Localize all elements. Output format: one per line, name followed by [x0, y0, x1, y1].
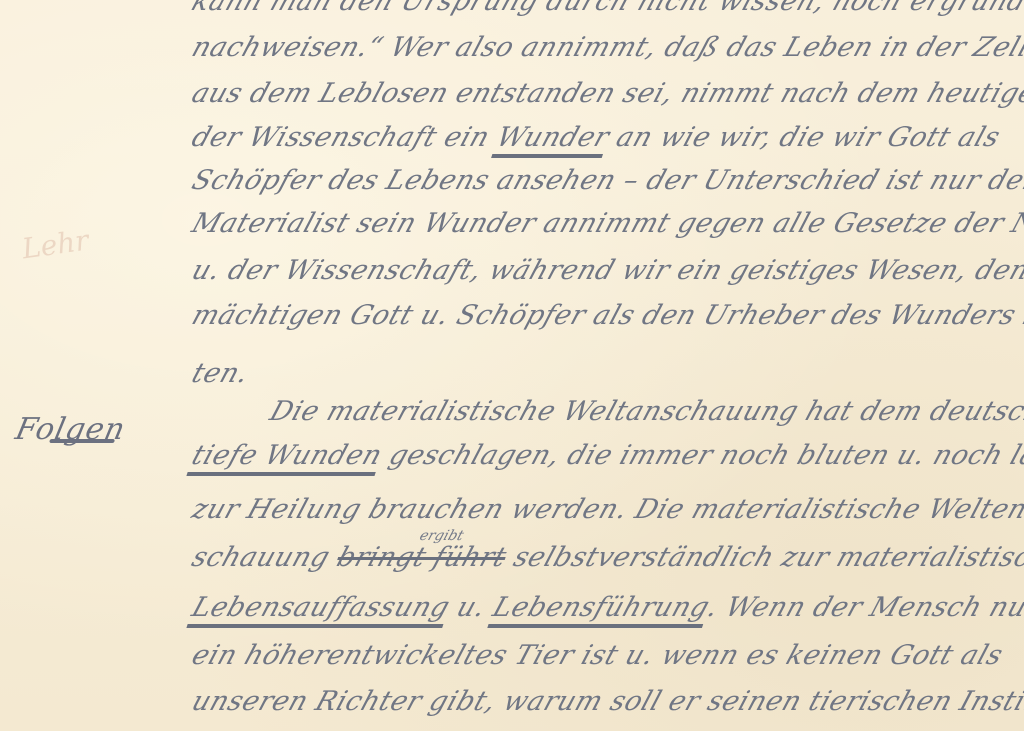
underlined-word: Wunder [493, 122, 614, 153]
struck-through-words: bringt führt [333, 542, 511, 573]
text-segment: an wie wir, die wir Gott als [603, 122, 1004, 153]
text-line-1: kann man den Ursprung durch nicht wissen… [188, 0, 1024, 17]
text-line-16: unseren Richter gibt, warum soll er sein… [188, 686, 1024, 717]
text-segment: . Wenn der Mensch nur [704, 592, 1024, 623]
text-line-14: Lebensauffassung u. Lebensführung. Wenn … [188, 592, 1024, 623]
text-line-12: zur Heilung brauchen werden. Die materia… [188, 494, 1024, 525]
text-line-10-paragraph-start: Die materialistische Weltanschauung hat … [266, 396, 1024, 427]
text-line-6: Materialist sein Wunder annimmt gegen al… [188, 208, 1024, 239]
margin-note-underline [49, 439, 115, 443]
margin-note-folgen: Folgen [12, 412, 129, 447]
underlined-word: Lebensauffassung [188, 592, 454, 623]
text-line-8: mächtigen Gott u. Schöpfer als den Urheb… [188, 300, 1024, 331]
text-line-4: der Wissenschaft ein Wunder an wie wir, … [188, 122, 1004, 153]
text-line-11: tiefe Wunden geschlagen, die immer noch … [188, 440, 1024, 471]
text-line-7: u. der Wissenschaft, während wir ein gei… [188, 255, 1024, 286]
text-line-2: nachweisen.“ Wer also annimmt, daß das L… [188, 32, 1024, 63]
text-line-13: schauung bringt führt selbstverständlich… [188, 542, 1024, 573]
text-segment: der Wissenschaft ein [188, 122, 503, 153]
text-segment: schauung [188, 542, 343, 573]
text-line-3: aus dem Leblosen entstanden sei, nimmt n… [188, 78, 1024, 109]
text-line-9: ten. [188, 358, 253, 389]
text-segment: selbstverständlich zur materialistischen [500, 542, 1024, 573]
underlined-phrase: tiefe Wunden [188, 440, 386, 471]
text-line-15: ein höherentwickeltes Tier ist u. wenn e… [188, 640, 1007, 671]
text-line-5: Schöpfer des Lebens ansehen – der Unters… [188, 165, 1024, 196]
faint-margin-mark: Lehr [20, 224, 91, 266]
manuscript-page: Lehr Folgen kann man den Ursprung durch … [0, 0, 1024, 731]
underlined-word: Lebensführung [489, 592, 714, 623]
text-segment: geschlagen, die immer noch bluten u. noc… [376, 440, 1024, 471]
